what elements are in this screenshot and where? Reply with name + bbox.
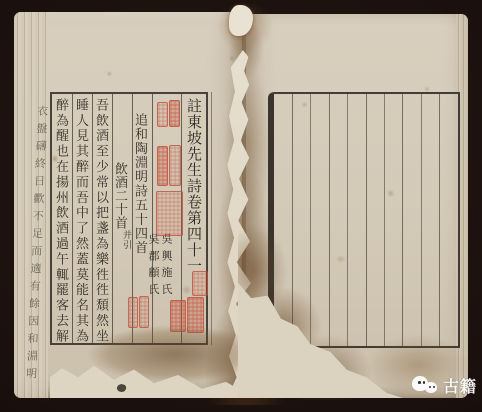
ruled-column-line xyxy=(384,94,385,346)
collector-seal xyxy=(170,300,186,332)
poem-subtitle: 并引 xyxy=(122,230,131,250)
section-title-column: 追和陶淵明詩五十四首 xyxy=(134,113,147,255)
gutter-crease xyxy=(242,12,246,398)
column-divider xyxy=(72,94,73,343)
collector-seal xyxy=(187,297,204,333)
volume-title-column: 註東坡先生詩卷第四十一 xyxy=(185,98,200,274)
collector-seal xyxy=(169,145,181,186)
watermark-label: 古籍 xyxy=(443,374,477,397)
ghost-eye-icon xyxy=(429,386,431,388)
collector-seal xyxy=(169,100,180,127)
ghost-eye-icon xyxy=(423,381,426,384)
ruled-column-line xyxy=(310,94,311,346)
publisher-name-column: 吳郡顧氏 xyxy=(147,233,158,300)
ruled-column-line xyxy=(421,94,422,346)
column-divider xyxy=(152,94,153,343)
preface-column: 醉為醒也在揚州飲酒過午輒罷客去解 xyxy=(55,98,68,344)
book-photo: 註東坡先生詩卷第四十一 吳興施氏 吳郡顧氏 追和陶淵明詩五十四首 飲酒二十首 并… xyxy=(0,0,482,412)
ruled-column-line xyxy=(366,94,367,346)
collector-seal xyxy=(157,102,168,127)
ruled-column-line xyxy=(402,94,403,346)
preface-column: 睡人見其醉而吾中了然蓋莫能名其為 xyxy=(75,98,88,344)
collector-seal xyxy=(192,271,208,296)
ruled-column-line xyxy=(347,94,348,346)
frame-outer-line xyxy=(211,92,212,345)
right-ruled-frame xyxy=(268,92,460,348)
watermark: 古籍 xyxy=(412,374,477,397)
column-divider xyxy=(92,94,93,343)
ruled-column-line xyxy=(329,94,330,346)
collector-seal xyxy=(128,297,138,328)
ghost-eye-icon xyxy=(433,386,435,388)
collector-seal xyxy=(139,296,149,328)
preface-column: 吾飲酒至少常以把盞為樂徃徃頹然坐 xyxy=(95,98,108,344)
ghost-eye-icon xyxy=(418,381,421,384)
ruled-column-line xyxy=(439,94,440,346)
collector-seal xyxy=(156,191,183,236)
wechat-ghost-icon xyxy=(425,382,437,393)
collector-seal xyxy=(157,146,168,186)
ruled-column-line xyxy=(292,94,293,346)
poem-title-column: 飲酒二十首 xyxy=(114,162,127,230)
publisher-name-column: 吳興施氏 xyxy=(160,233,171,300)
